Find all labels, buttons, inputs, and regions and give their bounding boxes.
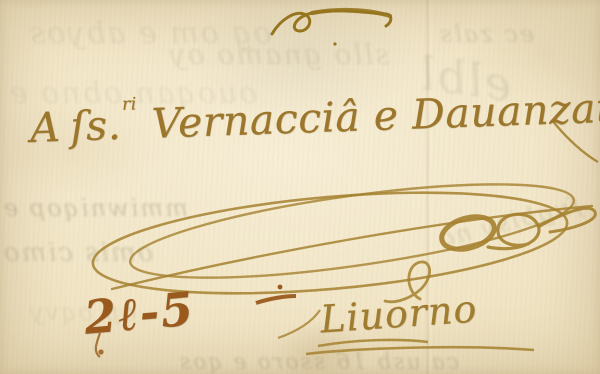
address-honorific-superscript: ri — [122, 94, 137, 115]
central-flourish-icon — [89, 165, 596, 309]
address-salutation: A — [29, 103, 61, 152]
postal-rate-mark: 2ℓ-5 — [82, 281, 197, 344]
bleedthrough-text: op oqvy — [28, 298, 136, 326]
bleedthrough-text: fugbisy no — [435, 191, 584, 254]
address-honorific: ſs.ri — [69, 100, 136, 150]
address-terminal-swash-icon — [552, 120, 598, 162]
bleedthrough-text: og om e abyos — [28, 16, 272, 51]
rate-separator-mark-icon — [96, 285, 296, 357]
destination-city: Liuorno — [319, 287, 479, 342]
address-honorific-text: ſs. — [69, 101, 121, 151]
address-recipient-name: Vernacciâ e Dauanzati — [151, 83, 600, 148]
address-line: Aſs.riVernacciâ e Dauanzati — [29, 84, 600, 152]
bleedthrough-text: ca usb 16 ssoro e qos — [178, 350, 459, 374]
bleedthrough-text: ouoqan obno e — [8, 76, 257, 111]
scanned-letter-page: og om e abyos sllo gnamo oy ec zals ouoq… — [0, 0, 600, 374]
bleedthrough-text: mmiwniqop e — [2, 194, 188, 222]
bleedthrough-text: sllo gnamo oy — [168, 38, 390, 71]
paraph-flourish-icon — [272, 10, 391, 46]
bleedthrough-text: ec zals — [438, 20, 534, 48]
destination-underline-icon — [278, 310, 534, 354]
bleedthrough-text: elbl — [415, 46, 516, 113]
bleedthrough-text: omis cimo — [2, 238, 153, 268]
ink-flourish-layer — [0, 0, 600, 374]
